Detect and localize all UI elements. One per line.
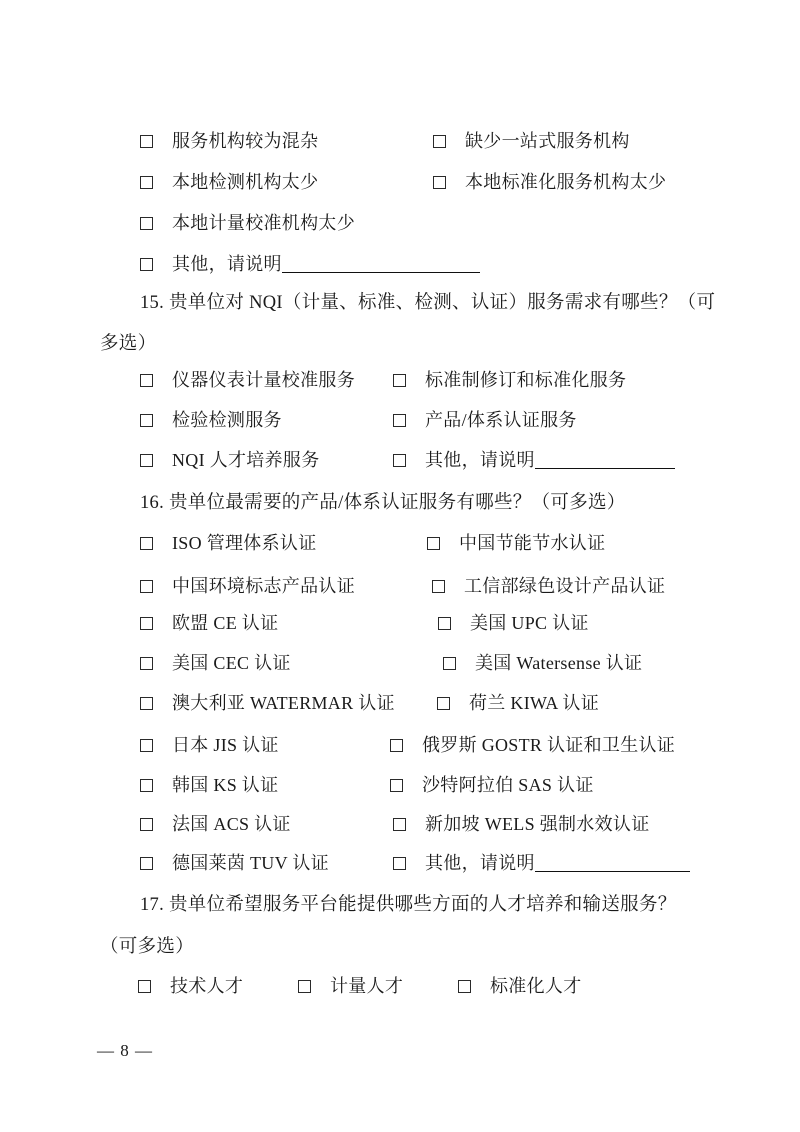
checkbox-option: NQI 人才培养服务 [140, 449, 320, 471]
checkbox[interactable] [393, 818, 406, 831]
checkbox[interactable] [433, 135, 446, 148]
checkbox-option: 俄罗斯 GOSTR 认证和卫生认证 [390, 734, 675, 756]
option-row: 美国 CEC 认证 美国 Watersense 认证 [0, 652, 800, 674]
option-row: 日本 JIS 认证 俄罗斯 GOSTR 认证和卫生认证 [0, 734, 800, 756]
checkbox[interactable] [140, 135, 153, 148]
option-row: 法国 ACS 认证 新加坡 WELS 强制水效认证 [0, 813, 800, 835]
checkbox-label: 产品/体系认证服务 [425, 409, 577, 431]
checkbox-option: 中国节能节水认证 [427, 532, 605, 554]
checkbox[interactable] [140, 697, 153, 710]
checkbox[interactable] [140, 537, 153, 550]
option-row: NQI 人才培养服务 其他，请说明 [0, 449, 800, 471]
checkbox-option: 中国环境标志产品认证 [140, 575, 355, 597]
checkbox[interactable] [458, 980, 471, 993]
option-row: 韩国 KS 认证 沙特阿拉伯 SAS 认证 [0, 774, 800, 796]
fill-in-blank[interactable] [535, 857, 690, 872]
checkbox-label: 欧盟 CE 认证 [172, 612, 278, 634]
checkbox[interactable] [140, 580, 153, 593]
checkbox-option: 其他，请说明 [140, 253, 480, 275]
checkbox[interactable] [140, 657, 153, 670]
option-row: 技术人才 计量人才 标准化人才 [0, 975, 800, 997]
checkbox[interactable] [438, 617, 451, 630]
option-row: 欧盟 CE 认证 美国 UPC 认证 [0, 612, 800, 634]
checkbox[interactable] [427, 537, 440, 550]
checkbox-label: 俄罗斯 GOSTR 认证和卫生认证 [422, 734, 675, 756]
question-15-title-continued: 多选） [100, 333, 156, 355]
checkbox-option: 新加坡 WELS 强制水效认证 [393, 813, 650, 835]
checkbox-label: 标准制修订和标准化服务 [425, 369, 626, 391]
checkbox-option: ISO 管理体系认证 [140, 532, 317, 554]
checkbox[interactable] [298, 980, 311, 993]
checkbox[interactable] [140, 454, 153, 467]
checkbox-option: 标准制修订和标准化服务 [393, 369, 626, 391]
checkbox-option: 美国 UPC 认证 [438, 612, 589, 634]
checkbox[interactable] [140, 414, 153, 427]
page-number: — 8 — [97, 1040, 153, 1062]
checkbox-option: 服务机构较为混杂 [140, 130, 318, 152]
checkbox[interactable] [390, 739, 403, 752]
checkbox[interactable] [140, 739, 153, 752]
checkbox[interactable] [433, 176, 446, 189]
checkbox-option: 澳大利亚 WATERMAR 认证 [140, 692, 395, 714]
checkbox-option: 计量人才 [298, 975, 403, 997]
checkbox-option: 本地标准化服务机构太少 [433, 171, 666, 193]
checkbox[interactable] [140, 374, 153, 387]
checkbox-option: 本地检测机构太少 [140, 171, 318, 193]
checkbox-label: 仪器仪表计量校准服务 [172, 369, 355, 391]
checkbox-option: 美国 Watersense 认证 [443, 652, 642, 674]
option-row: 中国环境标志产品认证 工信部绿色设计产品认证 [0, 575, 800, 597]
option-row: 仪器仪表计量校准服务 标准制修订和标准化服务 [0, 369, 800, 391]
checkbox[interactable] [140, 857, 153, 870]
checkbox-label: 检验检测服务 [172, 409, 282, 431]
checkbox-label: ISO 管理体系认证 [172, 532, 317, 554]
checkbox[interactable] [437, 697, 450, 710]
checkbox-label: 德国莱茵 TUV 认证 [172, 852, 329, 874]
checkbox-label: 法国 ACS 认证 [172, 813, 291, 835]
option-row: 澳大利亚 WATERMAR 认证 荷兰 KIWA 认证 [0, 692, 800, 714]
checkbox[interactable] [140, 258, 153, 271]
checkbox[interactable] [393, 857, 406, 870]
option-row: 德国莱茵 TUV 认证 其他，请说明 [0, 852, 800, 874]
checkbox[interactable] [443, 657, 456, 670]
checkbox-option: 本地计量校准机构太少 [140, 212, 355, 234]
option-row: 服务机构较为混杂 缺少一站式服务机构 [0, 130, 800, 152]
checkbox[interactable] [393, 414, 406, 427]
option-row: 检验检测服务 产品/体系认证服务 [0, 409, 800, 431]
checkbox[interactable] [140, 779, 153, 792]
checkbox-label: 服务机构较为混杂 [172, 130, 318, 152]
checkbox[interactable] [140, 217, 153, 230]
option-row: ISO 管理体系认证 中国节能节水认证 [0, 532, 800, 554]
fill-in-blank[interactable] [282, 258, 480, 273]
checkbox-option: 德国莱茵 TUV 认证 [140, 852, 329, 874]
checkbox-option: 缺少一站式服务机构 [433, 130, 630, 152]
document-page: 服务机构较为混杂 缺少一站式服务机构 本地检测机构太少 本地标准化服务机构太少 … [0, 0, 800, 1132]
checkbox-label: 其他，请说明 [425, 449, 535, 471]
checkbox[interactable] [393, 374, 406, 387]
checkbox-label: 其他，请说明 [172, 253, 282, 275]
checkbox-option: 标准化人才 [458, 975, 582, 997]
fill-in-blank[interactable] [535, 454, 675, 469]
option-row: 其他，请说明 [0, 253, 800, 275]
checkbox[interactable] [432, 580, 445, 593]
checkbox-label: 中国节能节水认证 [459, 532, 605, 554]
checkbox-label: 美国 Watersense 认证 [475, 652, 642, 674]
checkbox-label: 缺少一站式服务机构 [465, 130, 630, 152]
checkbox-option: 沙特阿拉伯 SAS 认证 [390, 774, 594, 796]
checkbox-label: 标准化人才 [490, 975, 582, 997]
checkbox-option: 产品/体系认证服务 [393, 409, 577, 431]
checkbox-label: 美国 CEC 认证 [172, 652, 291, 674]
question-15-title: 15. 贵单位对 NQI（计量、标准、检测、认证）服务需求有哪些？（可 [140, 292, 715, 314]
checkbox-label: 工信部绿色设计产品认证 [464, 575, 665, 597]
question-17-title-continued: （可多选） [100, 936, 194, 958]
checkbox-label: 沙特阿拉伯 SAS 认证 [422, 774, 594, 796]
checkbox-label: 新加坡 WELS 强制水效认证 [425, 813, 650, 835]
checkbox-label: 日本 JIS 认证 [172, 734, 279, 756]
checkbox[interactable] [390, 779, 403, 792]
checkbox-label: 韩国 KS 认证 [172, 774, 278, 796]
checkbox-label: 技术人才 [170, 975, 243, 997]
checkbox-option: 其他，请说明 [393, 852, 690, 874]
checkbox[interactable] [140, 176, 153, 189]
checkbox-option: 工信部绿色设计产品认证 [432, 575, 665, 597]
checkbox-option: 检验检测服务 [140, 409, 282, 431]
checkbox[interactable] [393, 454, 406, 467]
checkbox-label: 美国 UPC 认证 [470, 612, 589, 634]
checkbox[interactable] [140, 617, 153, 630]
checkbox[interactable] [140, 818, 153, 831]
checkbox-option: 日本 JIS 认证 [140, 734, 279, 756]
checkbox-option: 仪器仪表计量校准服务 [140, 369, 355, 391]
checkbox-option: 法国 ACS 认证 [140, 813, 291, 835]
question-17-title: 17. 贵单位希望服务平台能提供哪些方面的人才培养和输送服务？ [140, 894, 677, 916]
checkbox-label: 计量人才 [330, 975, 403, 997]
checkbox-label: NQI 人才培养服务 [172, 449, 320, 471]
checkbox-label: 本地计量校准机构太少 [172, 212, 355, 234]
checkbox-label: 中国环境标志产品认证 [172, 575, 355, 597]
checkbox-label: 荷兰 KIWA 认证 [469, 692, 599, 714]
option-row: 本地检测机构太少 本地标准化服务机构太少 [0, 171, 800, 193]
checkbox-label: 其他，请说明 [425, 852, 535, 874]
option-row: 本地计量校准机构太少 [0, 212, 800, 234]
checkbox-label: 本地标准化服务机构太少 [465, 171, 666, 193]
checkbox[interactable] [138, 980, 151, 993]
checkbox-option: 其他，请说明 [393, 449, 675, 471]
checkbox-label: 本地检测机构太少 [172, 171, 318, 193]
checkbox-option: 韩国 KS 认证 [140, 774, 278, 796]
checkbox-option: 技术人才 [138, 975, 243, 997]
checkbox-option: 欧盟 CE 认证 [140, 612, 278, 634]
checkbox-label: 澳大利亚 WATERMAR 认证 [172, 692, 395, 714]
question-16-title: 16. 贵单位最需要的产品/体系认证服务有哪些？（可多选） [140, 492, 626, 514]
checkbox-option: 美国 CEC 认证 [140, 652, 291, 674]
checkbox-option: 荷兰 KIWA 认证 [437, 692, 599, 714]
